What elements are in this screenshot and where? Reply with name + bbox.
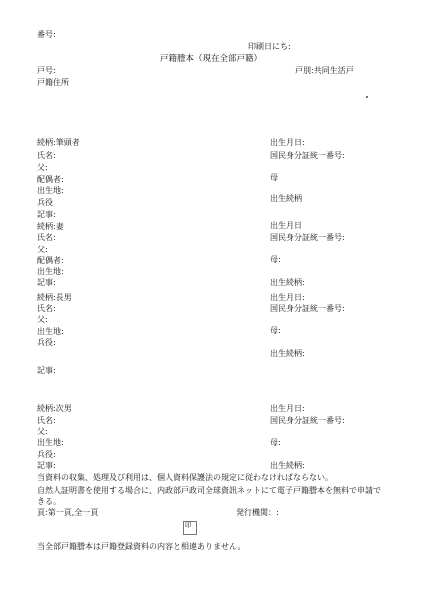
- name-label: 氏名:: [37, 233, 56, 243]
- spouse-label: 配偶者:: [37, 256, 64, 266]
- mother-label: 母:: [270, 326, 281, 336]
- privacy-notice: 当資料の収集、処理及び利用は、個人資料保護法の規定に従わなければならない。: [37, 473, 333, 483]
- military-label: 兵役: [37, 198, 53, 208]
- household-type-label: 戸別:共同生活戸: [295, 66, 354, 76]
- electronic-notice-line2: きる。: [37, 497, 61, 507]
- mother-label: 母:: [270, 255, 281, 265]
- electronic-notice-line1: 自然人証明書を使用する場合に、内政部戸政司全球資訊ネットにて電子戸籍謄本を無料で…: [37, 486, 381, 496]
- relation-label: 続柄:長男: [37, 293, 72, 303]
- relation-label: 続柄:次男: [37, 404, 72, 414]
- official-seal-box: 印: [183, 521, 197, 535]
- id-number-label: 国民身分証統一番号:: [270, 233, 345, 243]
- birthplace-label: 出生地:: [37, 186, 64, 196]
- mother-label: 母:: [270, 438, 281, 448]
- military-label: 兵役:: [37, 338, 56, 348]
- birthplace-label: 出生地:: [37, 267, 64, 277]
- registered-address-label: 戸籍住所: [37, 78, 69, 88]
- father-label: 父:: [37, 427, 48, 437]
- remarks-label: 記事:: [37, 366, 56, 376]
- print-date-label: 印刷日にち:: [248, 42, 291, 52]
- birthdate-label: 出生月日: [270, 221, 302, 231]
- birthdate-label: 出生月日:: [270, 138, 305, 148]
- name-label: 氏名:: [37, 151, 56, 161]
- birth-order-label: 出生続柄:: [270, 349, 305, 359]
- name-label: 氏名:: [37, 416, 56, 426]
- mother-label: 母: [270, 173, 278, 183]
- seal-label: 印: [185, 521, 192, 529]
- name-label: 氏名:: [37, 304, 56, 314]
- father-label: 父:: [37, 163, 48, 173]
- military-label: 兵役:: [37, 450, 56, 460]
- birth-order-label: 出生続柄:: [270, 278, 305, 288]
- birthdate-label: 出生月日:: [270, 293, 305, 303]
- relation-label: 続柄:妻: [37, 222, 64, 232]
- spouse-label: 配偶者:: [37, 175, 64, 185]
- remarks-label: 記事:: [37, 210, 56, 220]
- document-number-label: 番号:: [37, 30, 56, 40]
- remarks-label: 記事:: [37, 461, 56, 471]
- household-number-label: 戸号:: [37, 66, 56, 76]
- father-label: 父:: [37, 245, 48, 255]
- birthplace-label: 出生地:: [37, 327, 64, 337]
- id-number-label: 国民身分証統一番号:: [270, 416, 345, 426]
- birthplace-label: 出生地:: [37, 438, 64, 448]
- document-title: 戸籍謄本（現在全部戸籍）: [160, 54, 262, 64]
- father-label: 父:: [37, 315, 48, 325]
- birth-order-label: 出生続柄:: [270, 461, 305, 471]
- birth-order-label: 出生続柄: [270, 194, 302, 204]
- relation-label: 続柄:筆頭者: [37, 138, 80, 148]
- scan-mark: [366, 96, 368, 98]
- birthdate-label: 出生月日:: [270, 404, 305, 414]
- page-info: 頁:第一頁,全一頁: [37, 508, 98, 518]
- issuing-office-label: 発行機関：:: [236, 508, 279, 518]
- id-number-label: 国民身分証統一番号:: [270, 151, 345, 161]
- certification-statement: 当全部戸籍謄本は戸籍登録資料の内容と相違ありません。: [37, 542, 245, 552]
- remarks-label: 記事:: [37, 278, 56, 288]
- id-number-label: 国民身分証統一番号:: [270, 304, 345, 314]
